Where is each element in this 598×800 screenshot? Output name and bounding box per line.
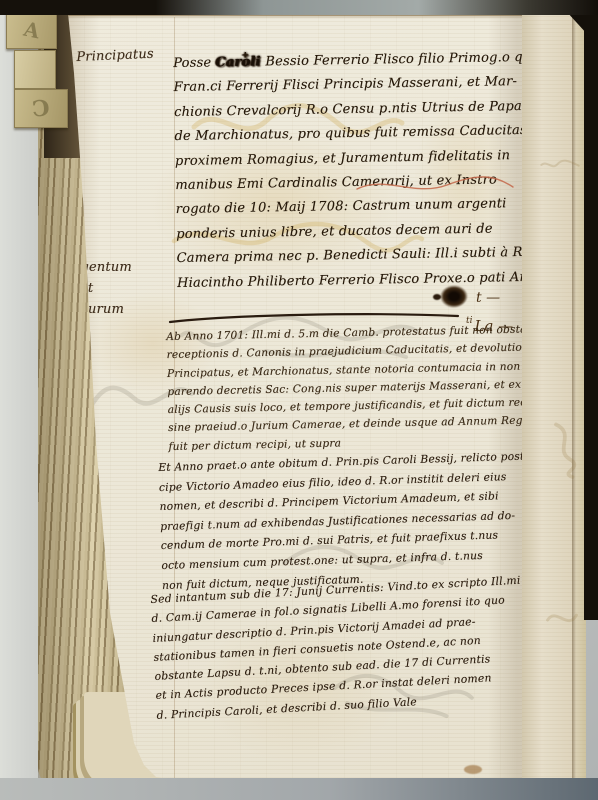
ink-blot	[440, 285, 468, 308]
paragraph-4: Sed intantum sub die 17: Junij Currentis…	[150, 571, 527, 725]
index-tab-a: A	[6, 11, 57, 49]
ghost-writing	[548, 420, 582, 480]
facing-leaf-crease	[572, 12, 576, 788]
scanner-background-bottom	[0, 778, 598, 800]
small-ink-stain	[464, 765, 482, 774]
red-correction-squiggle	[355, 173, 515, 203]
ghost-writing	[540, 150, 580, 180]
overwritten-name-blot: +Caroli	[216, 54, 262, 70]
paragraph-2: Ab Anno 1701: Ill.mi d. 5.m die Camb. pr…	[166, 320, 561, 456]
fee-mark-1: t —	[476, 290, 500, 306]
tab-letter: A	[21, 17, 41, 44]
paragraph-1: Posse +Caroli Bessio Ferrerio Flisco fil…	[173, 46, 545, 296]
tab-letter: C	[31, 95, 50, 122]
line-text: Bessio Ferrerio Flisco filio Primog.o q'…	[265, 50, 539, 70]
manuscript-scan: Principatus argentum et aurum Posse +Car…	[0, 0, 598, 800]
margin-note-text: Principatus	[76, 47, 154, 65]
insertion-cross-mark: +	[242, 44, 250, 69]
margin-note-principatus: Principatus	[76, 47, 154, 65]
line-text: Posse	[173, 55, 211, 71]
index-tab-c: C	[14, 89, 68, 128]
index-tab-blank	[14, 50, 56, 89]
manuscript-page: Principatus argentum et aurum Posse +Car…	[58, 13, 522, 793]
scan-border-top	[0, 0, 598, 15]
ghost-writing	[544, 600, 580, 640]
blotted-text: Caroli	[216, 54, 262, 70]
scan-border-right	[584, 0, 598, 620]
